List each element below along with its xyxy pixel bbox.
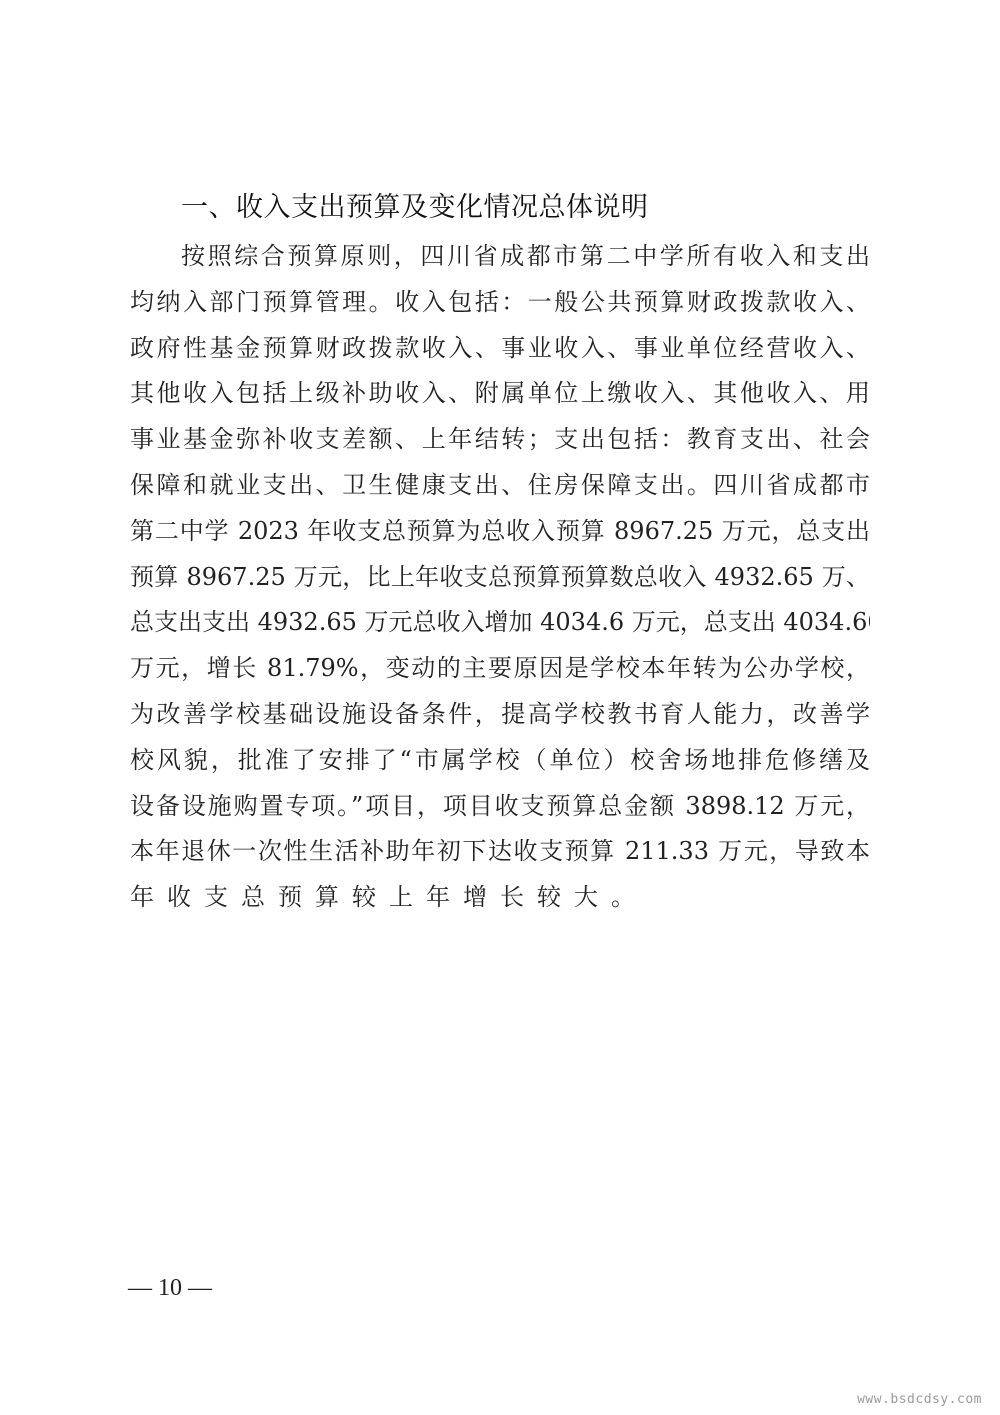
paragraph-line: 总支出支出 4932.65 万元总收入增加 4034.6 万元，总支出 4034… [130, 600, 870, 646]
paragraph-line: 其他收入包括上级补助收入、附属单位上缴收入、其他收入、用 [130, 371, 870, 417]
paragraph-line: 本年退休一次性生活补助年初下达收支预算 211.33 万元，导致本 [130, 829, 870, 875]
page-number: — 10 — [128, 1275, 212, 1302]
paragraph-line: 万元，增长 81.79%，变动的主要原因是学校本年转为公办学校， [130, 646, 870, 692]
watermark: www.bsdcdsy.com [857, 1392, 982, 1407]
paragraph-line: 年收支总预算较上年增长较大。 [130, 875, 870, 921]
paragraph-line: 预算 8967.25 万元，比上年收支总预算预算数总收入 4932.65 万、 [130, 555, 870, 601]
paragraph-line: 均纳入部门预算管理。收入包括：一般公共预算财政拨款收入、 [130, 280, 870, 326]
document-page: 一、收入支出预算及变化情况总体说明 按照综合预算原则，四川省成都市第二中学所有收… [0, 0, 1000, 1415]
section-heading: 一、收入支出预算及变化情况总体说明 [181, 188, 649, 228]
paragraph-line: 保障和就业支出、卫生健康支出、住房保障支出。四川省成都市 [130, 463, 870, 509]
paragraph-line: 政府性基金预算财政拨款收入、事业收入、事业单位经营收入、 [130, 326, 870, 372]
paragraph-line: 设备设施购置专项。”项目，项目收支预算总金额 3898.12 万元， [130, 784, 870, 830]
paragraph-line: 事业基金弥补收支差额、上年结转；支出包括：教育支出、社会 [130, 417, 870, 463]
body-paragraph: 按照综合预算原则，四川省成都市第二中学所有收入和支出 均纳入部门预算管理。收入包… [130, 234, 870, 921]
paragraph-line: 校风貌，批准了安排了“市属学校（单位）校舍场地排危修缮及 [130, 738, 870, 784]
paragraph-line: 按照综合预算原则，四川省成都市第二中学所有收入和支出 [130, 234, 870, 280]
paragraph-line: 第二中学 2023 年收支总预算为总收入预算 8967.25 万元，总支出 [130, 509, 870, 555]
paragraph-line: 为改善学校基础设施设备条件，提高学校教书育人能力，改善学 [130, 692, 870, 738]
